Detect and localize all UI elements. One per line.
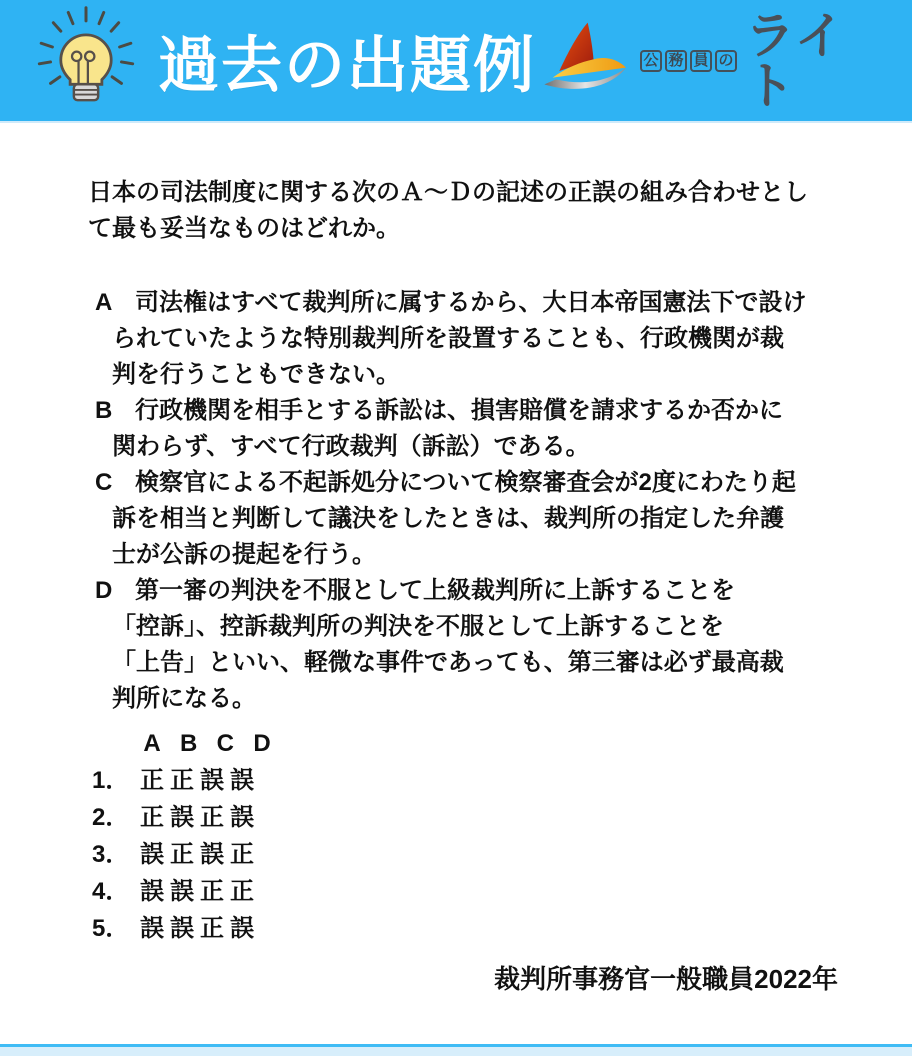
quiz-page: 過去の出題例 xyxy=(0,0,912,1056)
option-mark: 正 xyxy=(170,762,194,799)
header-banner: 過去の出題例 xyxy=(0,0,912,123)
question-content: 日本の司法制度に関する次のＡ～Ｄの記述の正誤の組み合わせとし て最も妥当なものは… xyxy=(0,175,912,997)
option-number: 2． xyxy=(92,799,140,836)
lightbulb-icon xyxy=(26,5,146,117)
option-mark: 誤 xyxy=(140,910,164,947)
footer-band xyxy=(0,1047,912,1056)
option-number: 4． xyxy=(92,873,140,910)
question-text: 日本の司法制度に関する次のＡ～Ｄの記述の正誤の組み合わせとし て最も妥当なものは… xyxy=(88,175,872,247)
option-mark: 誤 xyxy=(230,762,254,799)
option-mark: 誤 xyxy=(230,910,254,947)
option-mark: 正 xyxy=(170,836,194,873)
column-header: A xyxy=(140,725,164,762)
statement-D: D 第一審の判決を不服として上級裁判所に上訴することを 「控訴」、控訴裁判所の判… xyxy=(88,573,872,717)
option-mark: 誤 xyxy=(170,910,194,947)
option-mark: 誤 xyxy=(200,836,224,873)
answer-option-1: 1．正正誤誤 xyxy=(92,762,872,799)
answer-option-2: 2．正誤正誤 xyxy=(92,799,872,836)
logo-box-char: 務 xyxy=(665,50,687,72)
option-mark: 誤 xyxy=(230,799,254,836)
option-mark: 誤 xyxy=(140,836,164,873)
logo-box-char: 員 xyxy=(690,50,712,72)
statement-label: A xyxy=(95,285,112,321)
option-mark: 誤 xyxy=(170,799,194,836)
brand-logo: 公 務 員 の ライト xyxy=(536,11,882,111)
brand-logo-name: ライト xyxy=(745,11,882,111)
column-header: B xyxy=(177,725,201,762)
brand-logo-mark-icon xyxy=(536,19,636,103)
statement-C: C 検察官による不起訴処分について検察審査会が2度にわたり起 訴を相当と判断して… xyxy=(88,465,872,573)
statement-text: 検察官による不起訴処分について検察審査会が2度にわたり起 訴を相当と判断して議決… xyxy=(112,465,872,573)
option-number: 1． xyxy=(92,762,140,799)
option-number: 5． xyxy=(92,910,140,947)
option-mark: 正 xyxy=(200,910,224,947)
statement-text: 行政機関を相手とする訴訟は、損害賠償を請求するか否かに 関わらず、すべて行政裁判… xyxy=(112,393,872,465)
option-mark: 正 xyxy=(140,762,164,799)
statement-A: A 司法権はすべて裁判所に属するから、大日本帝国憲法下で設け られていたような特… xyxy=(88,285,872,393)
option-mark: 誤 xyxy=(200,762,224,799)
option-mark: 正 xyxy=(200,799,224,836)
answer-option-5: 5．誤誤正誤 xyxy=(92,910,872,947)
option-mark: 誤 xyxy=(170,873,194,910)
logo-box-char: 公 xyxy=(640,50,662,72)
column-header: C xyxy=(213,725,237,762)
statement-B: B 行政機関を相手とする訴訟は、損害賠償を請求するか否かに 関わらず、すべて行政… xyxy=(88,393,872,465)
statement-label: D xyxy=(95,573,112,609)
option-mark: 誤 xyxy=(140,873,164,910)
logo-box-char: の xyxy=(715,50,737,72)
statement-text: 司法権はすべて裁判所に属するから、大日本帝国憲法下で設け られていたような特別裁… xyxy=(112,285,872,393)
option-mark: 正 xyxy=(230,873,254,910)
answer-column-headers: A B C D xyxy=(140,725,872,762)
option-mark: 正 xyxy=(140,799,164,836)
option-mark: 正 xyxy=(230,836,254,873)
statement-text: 第一審の判決を不服として上級裁判所に上訴することを 「控訴」、控訴裁判所の判決を… xyxy=(112,573,872,717)
statement-list: A 司法権はすべて裁判所に属するから、大日本帝国憲法下で設け られていたような特… xyxy=(88,285,872,717)
answer-options: A B C D 1．正正誤誤 2．正誤正誤 3．誤正誤正 4．誤誤正正 5．誤誤… xyxy=(88,725,872,947)
brand-logo-boxed-text: 公 務 員 の xyxy=(640,50,737,72)
answer-option-3: 3．誤正誤正 xyxy=(92,836,872,873)
page-title: 過去の出題例 xyxy=(158,17,536,104)
option-number: 3． xyxy=(92,836,140,873)
answer-option-4: 4．誤誤正正 xyxy=(92,873,872,910)
column-header: D xyxy=(250,725,274,762)
exam-source: 裁判所事務官一般職員2022年 xyxy=(88,961,872,997)
option-mark: 正 xyxy=(200,873,224,910)
statement-label: B xyxy=(95,393,112,429)
statement-label: C xyxy=(95,465,112,501)
